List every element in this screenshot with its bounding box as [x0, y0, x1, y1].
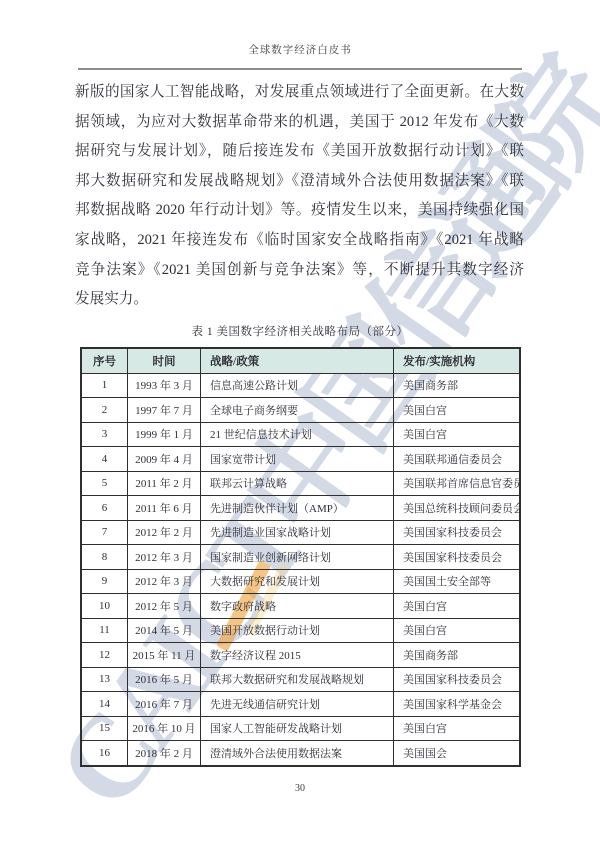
table-cell: 美国总统科技顾问委员会 [394, 496, 521, 521]
table-cell: 14 [81, 692, 128, 717]
table-cell: 联邦云计算战略 [201, 471, 394, 496]
paragraph-line: 发展实力。 [75, 285, 524, 315]
paragraph-line: 新版的国家人工智能战略，对发展重点领域进行了全面更新。在大数 [75, 78, 524, 108]
table-cell: 1 [81, 373, 128, 398]
table-row: 21997 年 7 月全球电子商务纲要美国白宫 [81, 398, 520, 423]
table-row: 42009 年 4 月国家宽带计划美国联邦通信委员会 [81, 447, 520, 472]
table-cell: 2012 年 3 月 [128, 569, 201, 594]
table-row: 122015 年 11 月数字经济议程 2015美国商务部 [81, 643, 520, 668]
table-cell: 2011 年 6 月 [128, 496, 201, 521]
table-cell: 美国国家科技委员会 [394, 545, 521, 570]
table-cell: 美国联邦通信委员会 [394, 447, 521, 472]
table-cell: 1999 年 1 月 [128, 422, 201, 447]
table-cell: 2018 年 2 月 [128, 741, 201, 766]
table-row: 152016 年 10 月国家人工智能研发战略计划美国白宫 [81, 716, 520, 741]
table-cell: 国家制造业创新网络计划 [201, 545, 394, 570]
table-cell: 美国白宫 [394, 594, 521, 619]
table-cell: 美国国会 [394, 741, 521, 766]
table-cell: 2012 年 3 月 [128, 545, 201, 570]
strategy-table: 序号时间战略/政策发布/实施机构 11993 年 3 月信息高速公路计划美国商务… [80, 347, 521, 767]
table-cell: 2014 年 5 月 [128, 618, 201, 643]
table-cell: 联邦大数据研究和发展战略规划 [201, 667, 394, 692]
column-header: 时间 [128, 348, 201, 373]
table-cell: 数字政府战略 [201, 594, 394, 619]
table-cell: 13 [81, 667, 128, 692]
paragraph-line: 邦大数据研究和发展战略规划》《澄清域外合法使用数据法案》《联 [75, 167, 524, 197]
table-cell: 国家人工智能研发战略计划 [201, 716, 394, 741]
table-cell: 11 [81, 618, 128, 643]
table-cell: 美国白宫 [394, 398, 521, 423]
table-cell: 大数据研究和发展计划 [201, 569, 394, 594]
table-cell: 2011 年 2 月 [128, 471, 201, 496]
table-cell: 国家宽带计划 [201, 447, 394, 472]
table-cell: 美国国家科技委员会 [394, 667, 521, 692]
running-header: 全球数字经济白皮书 [78, 42, 522, 57]
table-cell: 2016 年 5 月 [128, 667, 201, 692]
table-cell: 先进制造业国家战略计划 [201, 520, 394, 545]
table-row: 162018 年 2 月澄清域外合法使用数据法案美国国会 [81, 741, 520, 766]
table-head: 序号时间战略/政策发布/实施机构 [81, 348, 520, 373]
table-cell: 7 [81, 520, 128, 545]
table-cell: 16 [81, 741, 128, 766]
table-row: 31999 年 1 月21 世纪信息技术计划美国白宫 [81, 422, 520, 447]
table-cell: 6 [81, 496, 128, 521]
table-cell: 10 [81, 594, 128, 619]
paragraph-line: 据领域，为应对大数据革命带来的机遇，美国于 2012 年发布《大数 [75, 108, 524, 138]
table-row: 72012 年 2 月先进制造业国家战略计划美国国家科技委员会 [81, 520, 520, 545]
table-cell: 美国联邦首席信息官委员会 [394, 471, 521, 496]
table-cell: 8 [81, 545, 128, 570]
table-cell: 15 [81, 716, 128, 741]
table-cell: 数字经济议程 2015 [201, 643, 394, 668]
table-cell: 信息高速公路计划 [201, 373, 394, 398]
table-row: 92012 年 3 月大数据研究和发展计划美国国土安全部等 [81, 569, 520, 594]
table-cell: 美国商务部 [394, 373, 521, 398]
table-cell: 21 世纪信息技术计划 [201, 422, 394, 447]
page-number: 30 [0, 783, 600, 794]
table-row: 82012 年 3 月国家制造业创新网络计划美国国家科技委员会 [81, 545, 520, 570]
paragraph-line: 据研究与发展计划》，随后接连发布《美国开放数据行动计划》《联 [75, 137, 524, 167]
column-header: 序号 [81, 348, 128, 373]
table-cell: 2012 年 2 月 [128, 520, 201, 545]
table-cell: 2009 年 4 月 [128, 447, 201, 472]
table-cell: 3 [81, 422, 128, 447]
table-cell: 2016 年 7 月 [128, 692, 201, 717]
table-row: 132016 年 5 月联邦大数据研究和发展战略规划美国国家科技委员会 [81, 667, 520, 692]
table-body: 11993 年 3 月信息高速公路计划美国商务部21997 年 7 月全球电子商… [81, 373, 520, 766]
body-paragraph: 新版的国家人工智能战略，对发展重点领域进行了全面更新。在大数据领域，为应对大数据… [75, 78, 524, 315]
table-row: 52011 年 2 月联邦云计算战略美国联邦首席信息官委员会 [81, 471, 520, 496]
table-cell: 2016 年 10 月 [128, 716, 201, 741]
table-cell: 2 [81, 398, 128, 423]
table-cell: 5 [81, 471, 128, 496]
table-cell: 12 [81, 643, 128, 668]
table-cell: 1993 年 3 月 [128, 373, 201, 398]
table-cell: 美国国家科技委员会 [394, 520, 521, 545]
table-cell: 2015 年 11 月 [128, 643, 201, 668]
table-row: 142016 年 7 月先进无线通信研究计划美国国家科学基金会 [81, 692, 520, 717]
table-cell: 澄清域外合法使用数据法案 [201, 741, 394, 766]
table-cell: 美国白宫 [394, 618, 521, 643]
table-row: 62011 年 6 月先进制造伙伴计划（AMP）美国总统科技顾问委员会 [81, 496, 520, 521]
table-cell: 4 [81, 447, 128, 472]
table-cell: 先进制造伙伴计划（AMP） [201, 496, 394, 521]
document-page: CAICT中国信通院 全球数字经济白皮书 新版的国家人工智能战略，对发展重点领域… [0, 0, 600, 848]
table-cell: 全球电子商务纲要 [201, 398, 394, 423]
table-cell: 先进无线通信研究计划 [201, 692, 394, 717]
table-caption: 表 1 美国数字经济相关战略布局（部分） [78, 323, 522, 339]
header-divider [78, 68, 522, 70]
paragraph-line: 家战略，2021 年接连发布《临时国家安全战略指南》《2021 年战略 [75, 226, 524, 256]
table-cell: 2012 年 5 月 [128, 594, 201, 619]
table-row: 102012 年 5 月数字政府战略美国白宫 [81, 594, 520, 619]
column-header: 战略/政策 [201, 348, 394, 373]
table-cell: 美国白宫 [394, 422, 521, 447]
table-row: 11993 年 3 月信息高速公路计划美国商务部 [81, 373, 520, 398]
table-cell: 美国国家科学基金会 [394, 692, 521, 717]
table-cell: 9 [81, 569, 128, 594]
column-header: 发布/实施机构 [394, 348, 521, 373]
table-row: 112014 年 5 月美国开放数据行动计划美国白宫 [81, 618, 520, 643]
table-header-row: 序号时间战略/政策发布/实施机构 [81, 348, 520, 373]
table-cell: 美国白宫 [394, 716, 521, 741]
table-cell: 美国国土安全部等 [394, 569, 521, 594]
table-cell: 1997 年 7 月 [128, 398, 201, 423]
paragraph-line: 邦数据战略 2020 年行动计划》等。疫情发生以来，美国持续强化国 [75, 196, 524, 226]
table-cell: 美国开放数据行动计划 [201, 618, 394, 643]
paragraph-line: 竞争法案》《2021 美国创新与竞争法案》等，不断提升其数字经济 [75, 256, 524, 286]
table-cell: 美国商务部 [394, 643, 521, 668]
